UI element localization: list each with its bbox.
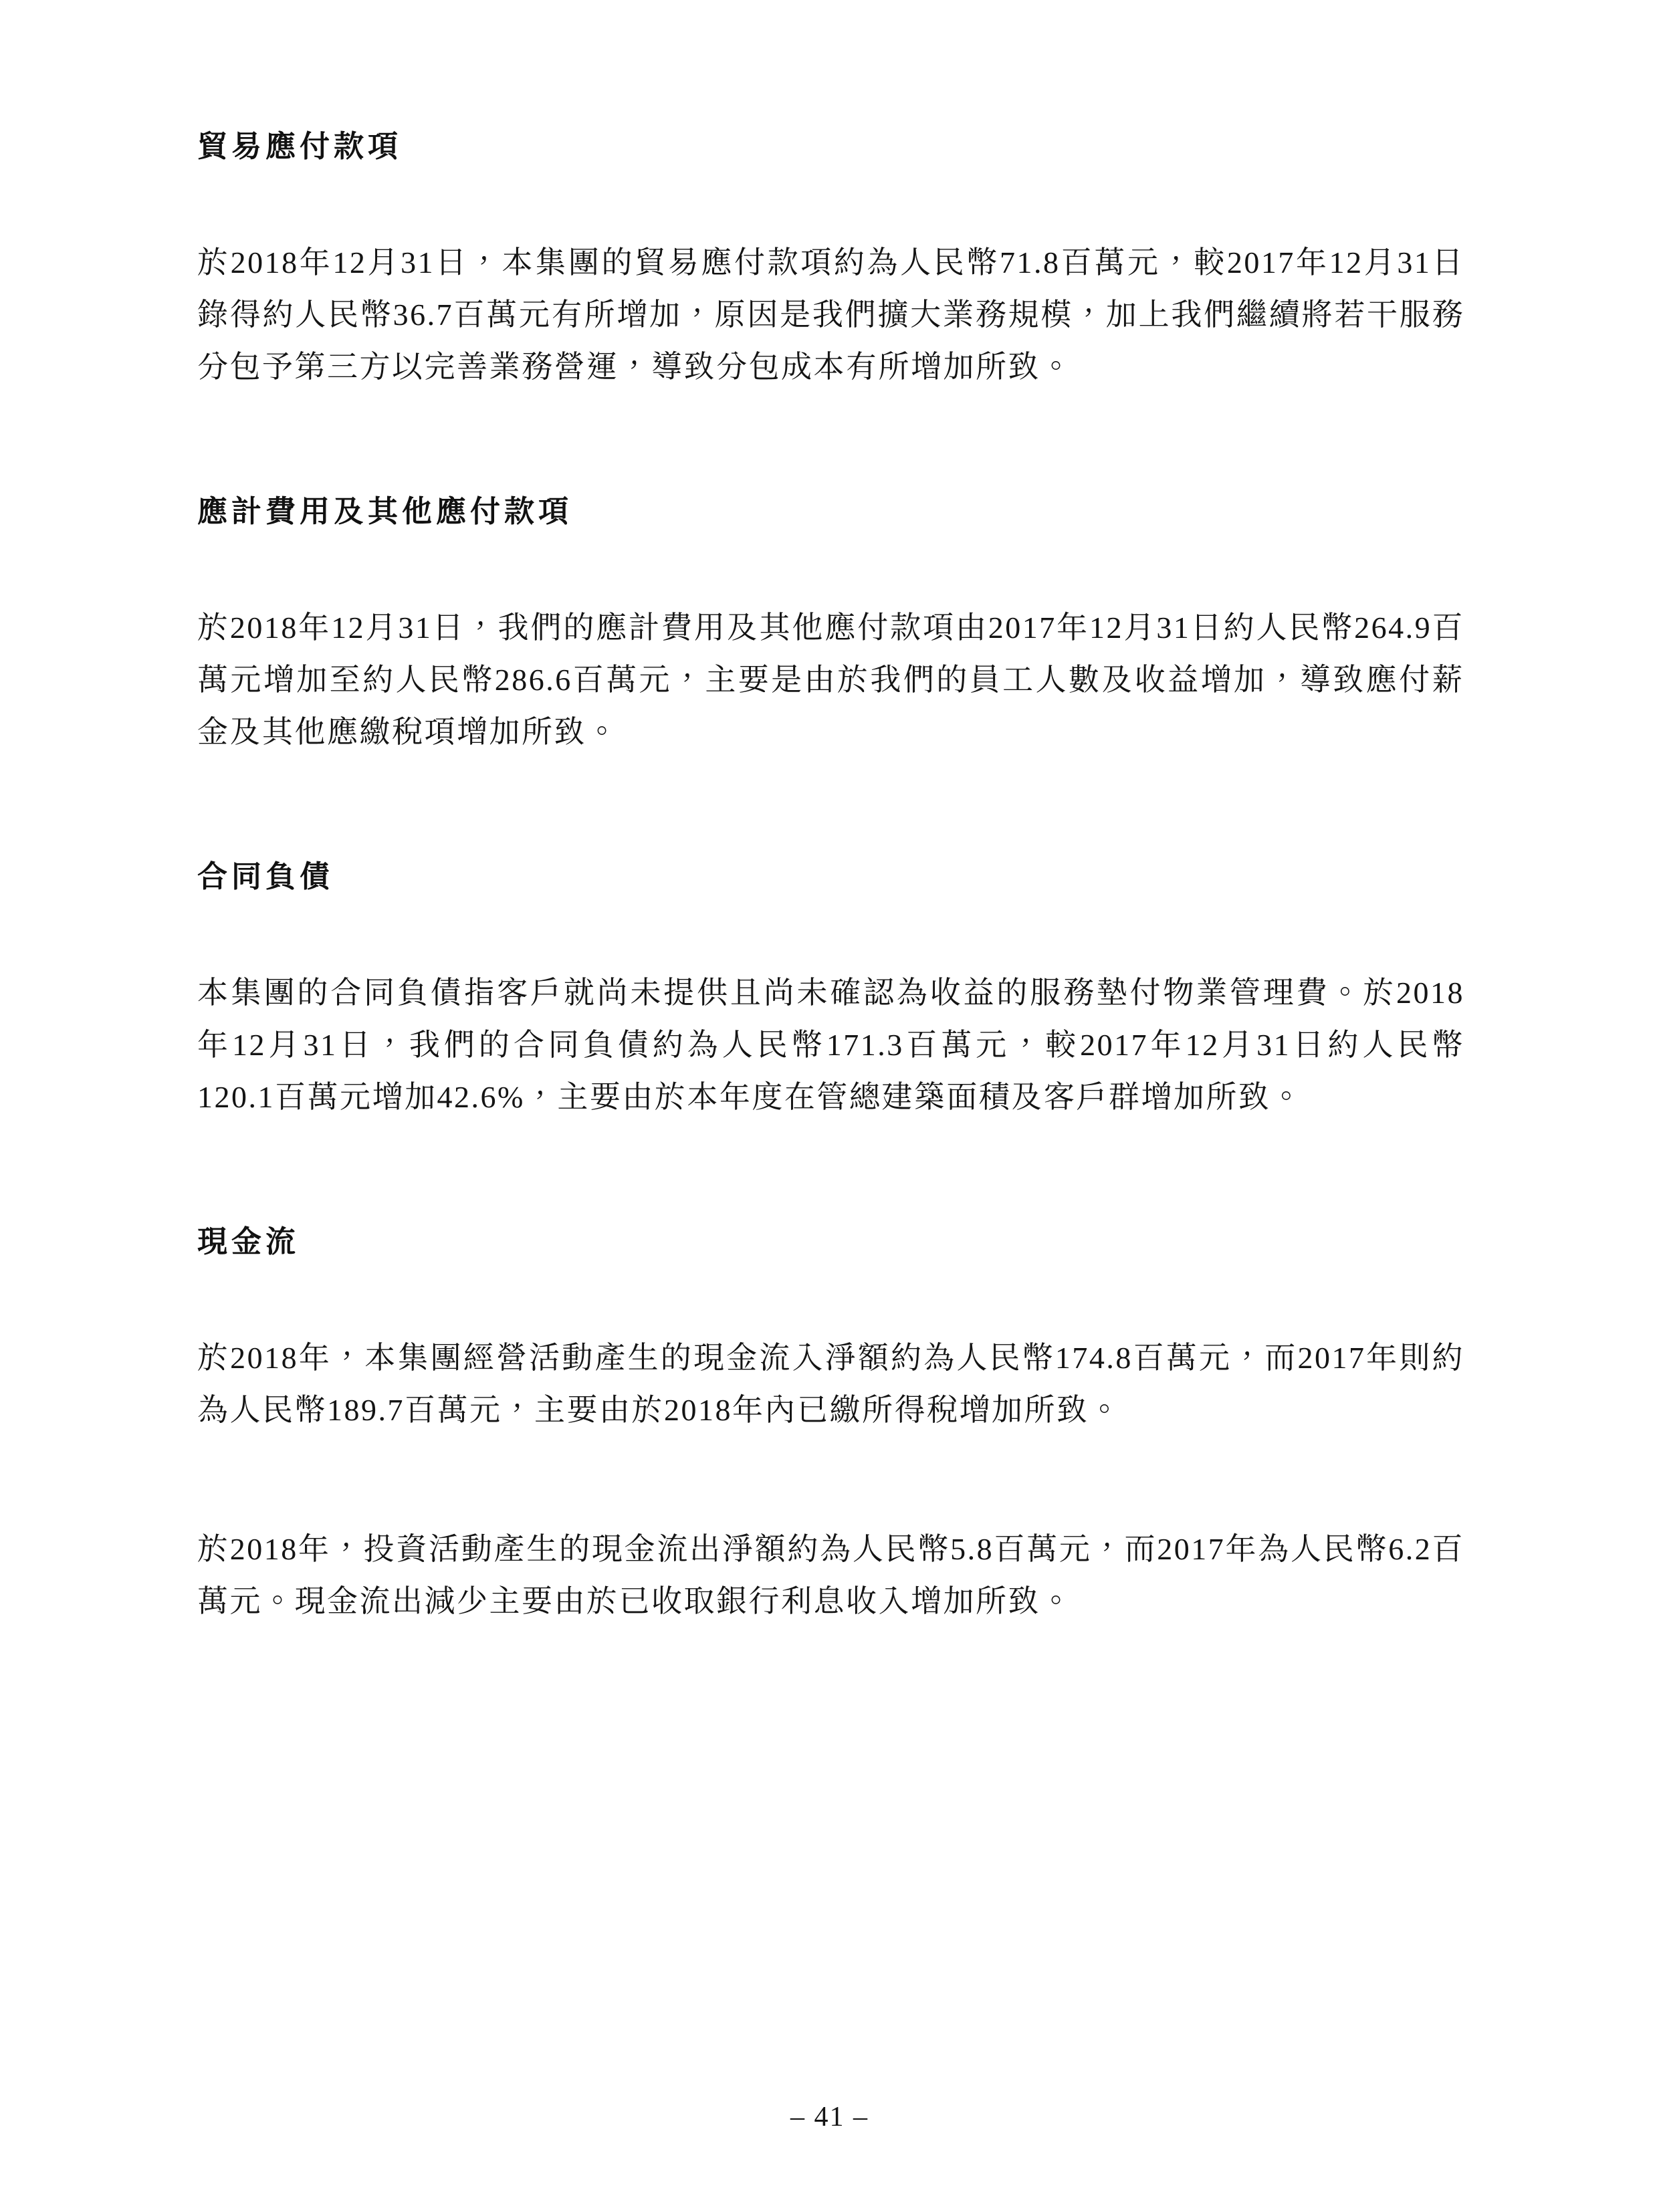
section-paragraph: 於2018年12月31日，我們的應計費用及其他應付款項由2017年12月31日約… <box>197 602 1464 758</box>
section: 應計費用及其他應付款項於2018年12月31日，我們的應計費用及其他應付款項由2… <box>197 493 1464 758</box>
page-footer: – 41 – <box>0 2101 1659 2133</box>
section-heading: 貿易應付款項 <box>197 128 1464 164</box>
section-heading: 現金流 <box>197 1224 1464 1260</box>
section-paragraph: 於2018年，投資活動產生的現金流出淨額約為人民幣5.8百萬元，而2017年為人… <box>197 1523 1464 1628</box>
page-number: – 41 – <box>790 2102 869 2132</box>
section-paragraph: 於2018年12月31日，本集團的貿易應付款項約為人民幣71.8百萬元，較201… <box>197 237 1464 393</box>
section-heading: 合同負債 <box>197 859 1464 895</box>
section: 貿易應付款項於2018年12月31日，本集團的貿易應付款項約為人民幣71.8百萬… <box>197 128 1464 393</box>
document-content: 貿易應付款項於2018年12月31日，本集團的貿易應付款項約為人民幣71.8百萬… <box>0 0 1659 1628</box>
section: 現金流於2018年，本集團經營活動產生的現金流入淨額約為人民幣174.8百萬元，… <box>197 1224 1464 1628</box>
section-heading: 應計費用及其他應付款項 <box>197 493 1464 530</box>
document-page: 貿易應付款項於2018年12月31日，本集團的貿易應付款項約為人民幣71.8百萬… <box>0 0 1659 2212</box>
section-paragraph: 於2018年，本集團經營活動產生的現金流入淨額約為人民幣174.8百萬元，而20… <box>197 1332 1464 1436</box>
section: 合同負債本集團的合同負債指客戶就尚未提供且尚未確認為收益的服務墊付物業管理費。於… <box>197 859 1464 1123</box>
section-paragraph: 本集團的合同負債指客戶就尚未提供且尚未確認為收益的服務墊付物業管理費。於2018… <box>197 967 1464 1123</box>
